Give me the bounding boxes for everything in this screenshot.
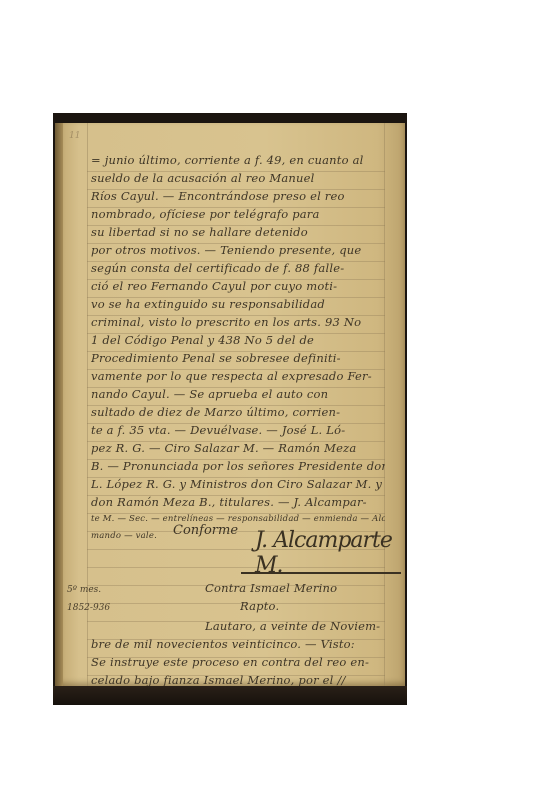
folio-number: 11: [69, 131, 80, 141]
case-subtitle: Rapto.: [240, 599, 385, 621]
text-line: mando — vale.: [91, 531, 171, 553]
page-binding-edge: [55, 123, 63, 686]
margin-note: 1852-936: [67, 603, 110, 613]
document-photo: 11 = junio último, corriente a f. 49, e: [53, 113, 407, 705]
conforme-note: Conforme: [173, 523, 238, 538]
ledger-page: 11 = junio último, corriente a f. 49, e: [55, 123, 405, 686]
margin-note: 5º mes.: [67, 585, 101, 595]
bottom-shadow: [53, 686, 407, 705]
signature-underline: [241, 572, 401, 574]
signature: J. Alcamparte M.: [255, 528, 405, 578]
